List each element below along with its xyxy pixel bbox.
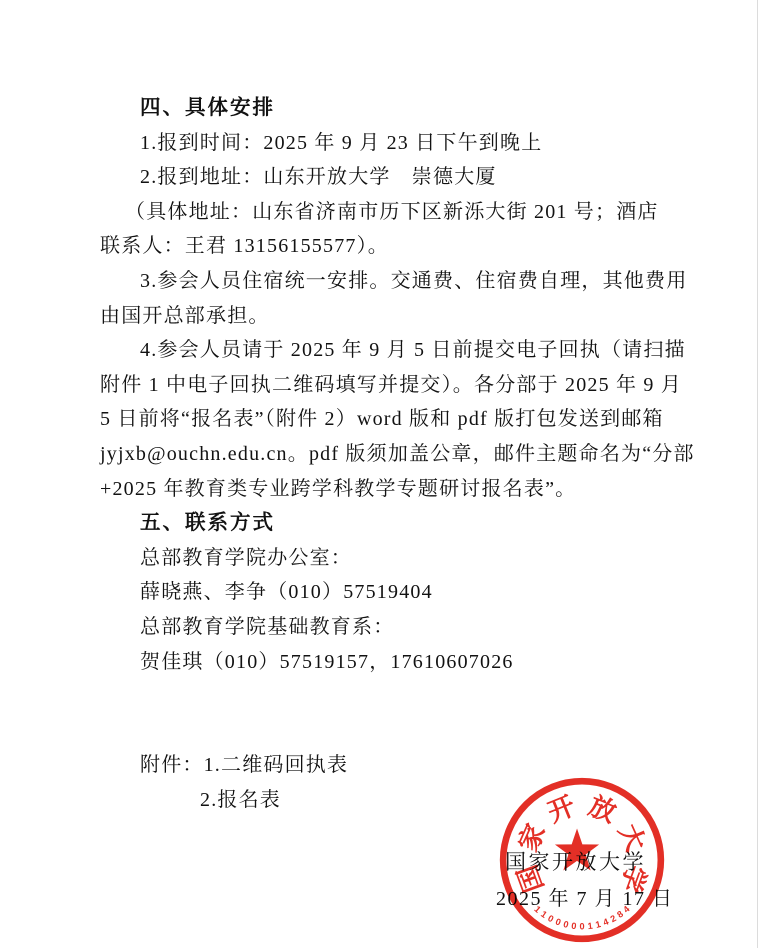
seal-arc-char: 学 [615, 861, 652, 897]
text-line: jyjxb@ouchn.edu.cn。pdf 版须加盖公章，邮件主题命名为“分部 [100, 437, 662, 472]
seal-serial-digit: 1 [587, 921, 593, 932]
seal-serial-digit: 0 [571, 921, 577, 932]
seal-serial-digit: 0 [579, 921, 584, 931]
seal-serial-digit: 1 [594, 919, 601, 930]
text-line: 2.报到地址：山东开放大学 崇德大厦 [100, 160, 662, 195]
section-heading: 四、具体安排 [100, 91, 662, 126]
seal-arc-char: 家 [513, 819, 551, 856]
official-seal: 国家开放大学1100000114284 [499, 777, 665, 943]
text-line: 联系人：王君 13156155577）。 [100, 229, 662, 264]
document-body: 四、具体安排1.报到时间：2025 年 9 月 23 日下午到晚上2.报到地址：… [100, 91, 662, 817]
text-line: 1.报到时间：2025 年 9 月 23 日下午到晚上 [100, 126, 662, 161]
text-line: 总部教育学院办公室： [100, 541, 662, 576]
seal-star-icon [555, 828, 599, 870]
seal-arc-char: 国 [512, 861, 549, 896]
seal-serial-digit: 0 [562, 919, 569, 930]
text-line: 由国开总部承担。 [100, 299, 662, 334]
seal-arc-char: 放 [585, 790, 621, 828]
section-heading: 五、联系方式 [100, 506, 662, 541]
seal-serial-digit: 0 [546, 913, 555, 924]
text-line: 3.参会人员住宿统一安排。交通费、住宿费自理，其他费用 [100, 264, 662, 299]
text-line: 4.参会人员请于 2025 年 9 月 5 日前提交电子回执（请扫描 [100, 333, 662, 368]
document-page: 四、具体安排1.报到时间：2025 年 9 月 23 日下午到晚上2.报到地址：… [0, 0, 758, 948]
text-line: 附件 1 中电子回执二维码填写并提交）。各分部于 2025 年 9 月 [100, 368, 662, 403]
text-line: 总部教育学院基础教育系： [100, 610, 662, 645]
seal-arc-char: 开 [544, 790, 580, 828]
text-line: 5 日前将“报名表”（附件 2）word 版和 pdf 版打包发送到邮箱 [100, 402, 662, 437]
text-line: 薛晓燕、李争（010）57519404 [100, 575, 662, 610]
seal-arc-char: 大 [613, 819, 651, 856]
text-line: 贺佳琪（010）57519157，17610607026 [100, 645, 662, 680]
seal-serial-digit: 0 [554, 916, 562, 927]
seal-serial-digit: 4 [621, 903, 632, 914]
text-line: （具体地址：山东省济南市历下区新泺大街 201 号；酒店 [100, 195, 662, 230]
text-line: +2025 年教育类专业跨学科教学专题研讨报名表”。 [100, 472, 662, 507]
